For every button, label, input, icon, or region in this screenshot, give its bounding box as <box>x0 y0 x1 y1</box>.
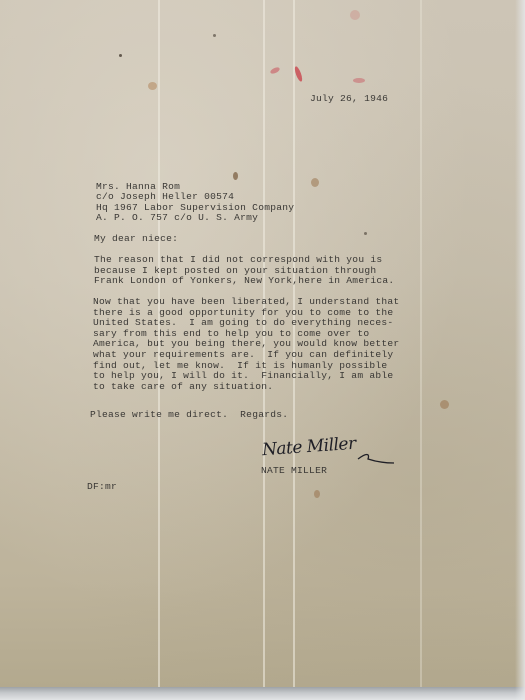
brown-stain <box>233 172 238 180</box>
speck <box>364 232 367 235</box>
brown-stain <box>311 178 319 187</box>
reference-initials: DF:mr <box>87 482 117 493</box>
body-paragraph-1: The reason that I did not correspond wit… <box>94 255 394 287</box>
typed-signature: NATE MILLER <box>261 466 327 477</box>
red-stain <box>269 66 280 75</box>
body-paragraph-2: Now that you have been liberated, I unde… <box>93 297 399 392</box>
handwritten-signature: Nate Miller <box>261 434 356 460</box>
fold-crease <box>420 0 422 687</box>
salutation: My dear niece: <box>94 234 178 245</box>
red-stain <box>353 78 365 83</box>
page-edge <box>515 0 525 700</box>
letter-date: July 26, 1946 <box>310 94 388 105</box>
recipient-care-of: c/o Joseph Heller 00574 <box>96 192 234 203</box>
recipient-apo: A. P. O. 757 c/o U. S. Army <box>96 213 258 224</box>
closing-line: Please write me direct. Regards. <box>90 410 288 421</box>
speck <box>119 54 122 57</box>
speck <box>213 34 216 37</box>
brown-stain <box>148 82 157 90</box>
brown-stain <box>314 490 320 498</box>
red-stain <box>350 10 360 20</box>
brown-stain <box>440 400 449 409</box>
plastic-sleeve-edge <box>0 687 525 700</box>
signature-flourish-icon <box>356 451 396 465</box>
letter-paper: July 26, 1946 Mrs. Hanna Rom c/o Joseph … <box>0 0 525 687</box>
